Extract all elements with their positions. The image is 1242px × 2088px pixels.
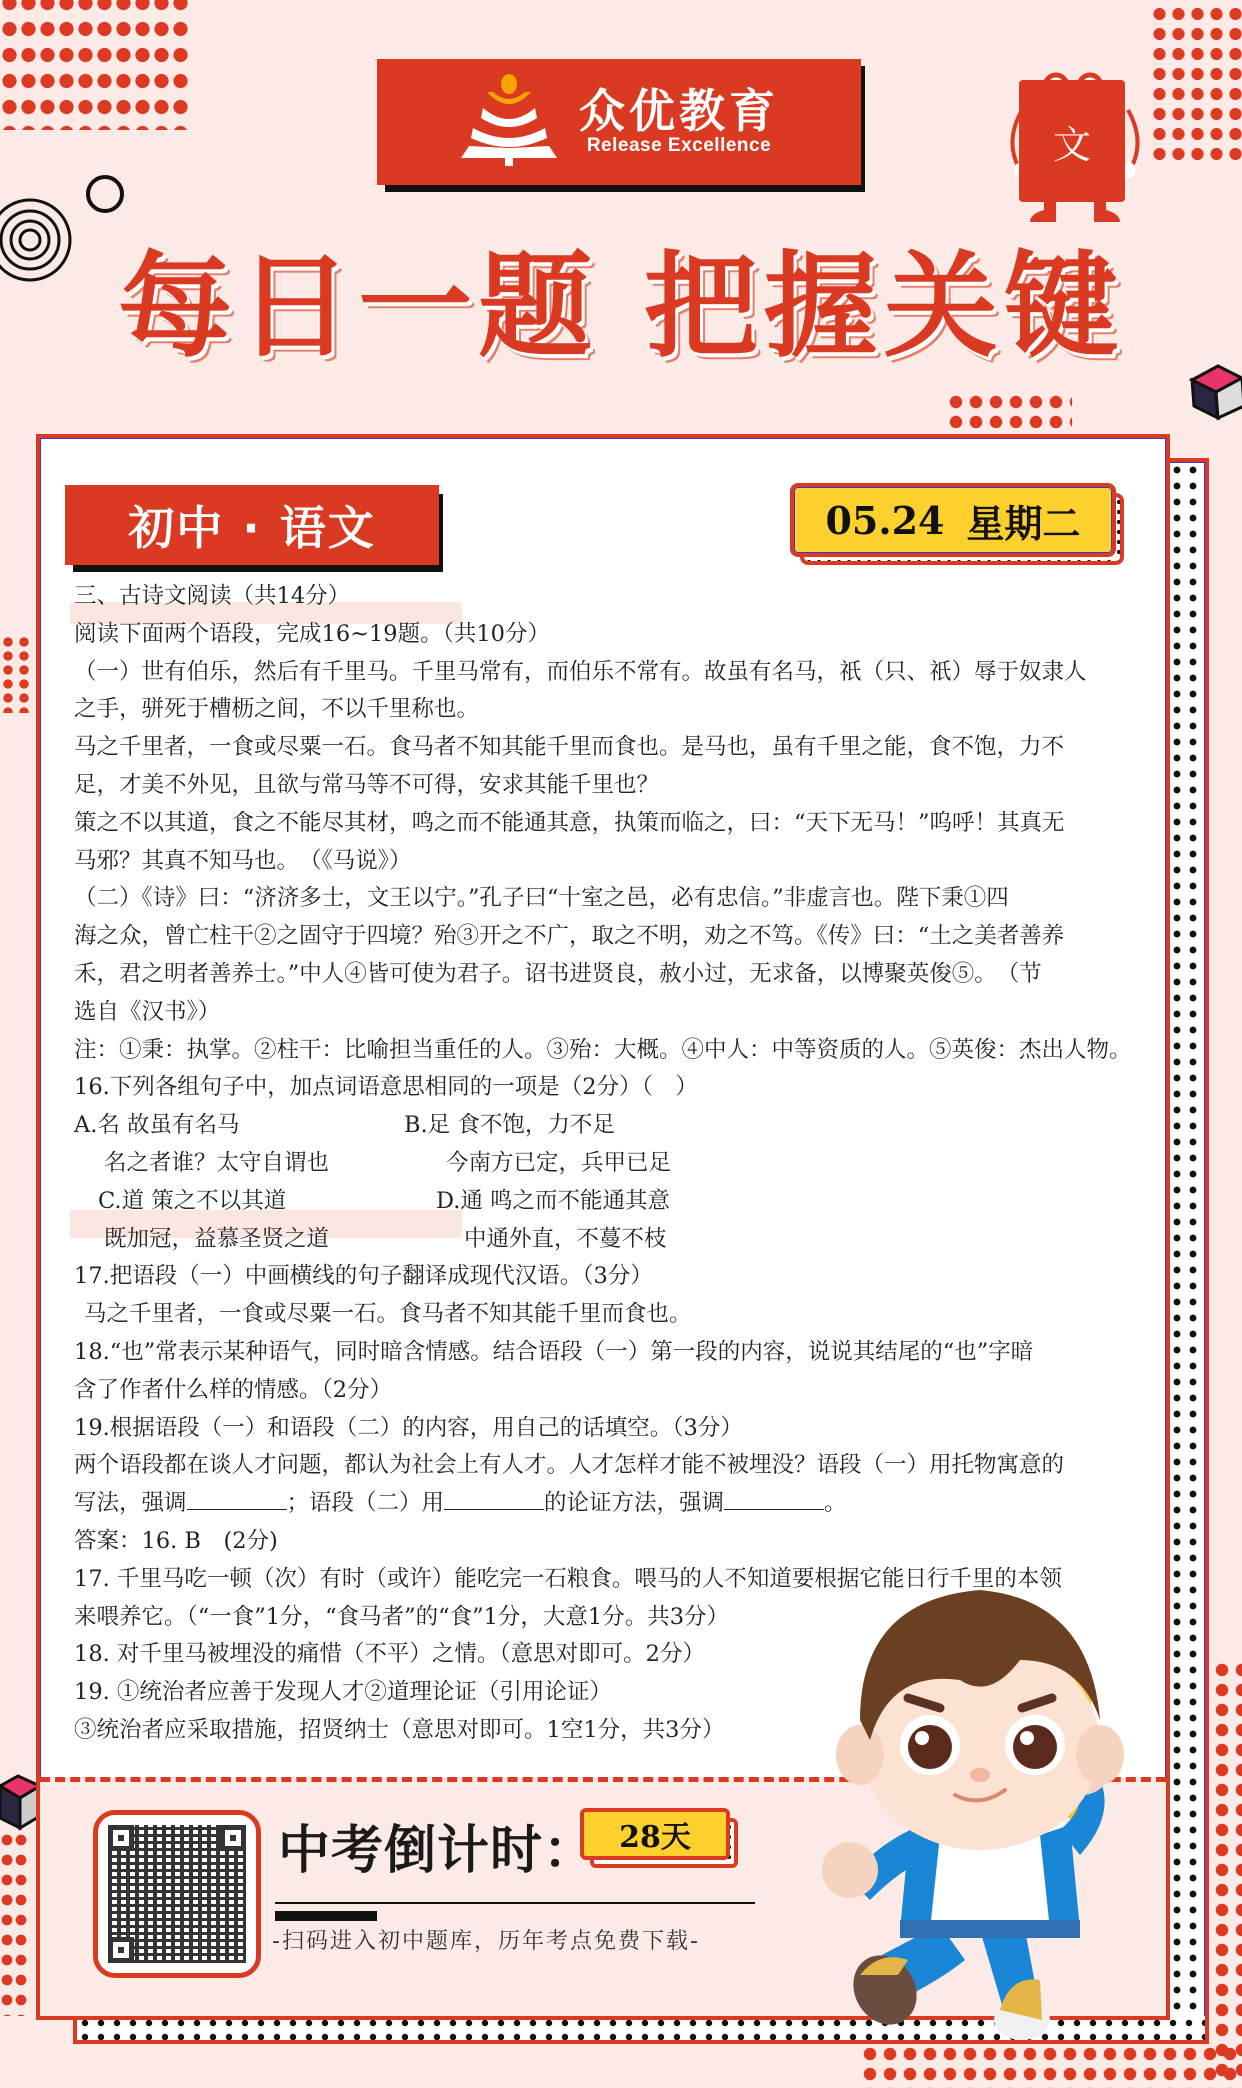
small-circle-icon: [83, 172, 127, 216]
q16-options-row3: C.道 策之不以其道D.通 鸣之而不能通其意: [74, 1183, 1144, 1221]
q18-line2: 含了作者什么样的情感。（2分）: [74, 1372, 1144, 1410]
brand-name-en: Release Excellence: [587, 135, 771, 157]
q19-blank-1[interactable]: [187, 1488, 287, 1510]
passage2-line: 禾，君之明者善养士。”中人④皆可使为君子。诏书进贤良，赦小过，无求备，以博聚英俊…: [74, 956, 1144, 994]
dot-pattern-left-side: [0, 635, 32, 713]
qr-code[interactable]: [93, 1810, 261, 1978]
dot-pattern-right-bottom: [1212, 1660, 1242, 2080]
page-title: 每日一题 把握关键: [0, 250, 1242, 364]
q19-text-a: 写法，强调: [74, 1490, 187, 1516]
q19-text-d: 。: [824, 1490, 847, 1516]
q16-option-a-second: 名之者谁？太守自谓也: [74, 1145, 446, 1183]
q16-options-row2: 名之者谁？太守自谓也今南方已定，兵甲已足: [74, 1145, 1144, 1183]
q16-option-c: C.道 策之不以其道: [74, 1183, 436, 1221]
section-title: 三、古诗文阅读（共14分）: [74, 578, 1144, 616]
q16-option-d: D.通 鸣之而不能通其意: [436, 1188, 670, 1214]
date-day: 05.24: [825, 498, 944, 543]
boy-mascot-icon: [790, 1580, 1170, 2050]
q18-line1: 18.“也”常表示某种语气，同时暗含情感。结合语段（一）第一段的内容，说说其结尾…: [74, 1334, 1144, 1372]
qr-finder-icon: [108, 1937, 134, 1963]
qr-finder-icon: [108, 1825, 134, 1851]
passage2-line: 海之众，曾亡柱干②之固守于四境？殆③开之不广，取之不明，劝之不笃。《传》曰：“土…: [74, 918, 1144, 956]
instruction: 阅读下面两个语段，完成16~19题。（共10分）: [74, 616, 1144, 654]
q19-blank-3[interactable]: [724, 1488, 824, 1510]
q16-options-row4: 既加冠，益慕圣贤之道中通外直，不蔓不枝: [74, 1221, 1144, 1259]
question-content: 三、古诗文阅读（共14分） 阅读下面两个语段，完成16~19题。（共10分） （…: [74, 578, 1144, 1750]
passage2-line: （二）《诗》曰：“济济多士，文王以宁。”孔子曰“十室之邑，必有忠信。”非虚言也。…: [74, 880, 1144, 918]
passage1-line: （一）世有伯乐，然后有千里马。千里马常有，而伯乐不常有。故虽有名马，祇（只、祇）…: [74, 654, 1144, 692]
q16-option-b-second: 今南方已定，兵甲已足: [446, 1150, 671, 1176]
q19-text-b: ；语段（二）用: [287, 1490, 445, 1516]
cube-icon-top-right: [1188, 360, 1242, 422]
qr-finder-icon: [220, 1825, 246, 1851]
q17-stem: 17.把语段（一）中画横线的句子翻译成现代汉语。（3分）: [74, 1258, 1144, 1296]
mascot-wen: 文: [1019, 80, 1125, 202]
passage1-line: 策之不以其道，食之不能尽其材，鸣之而不能通其意，执策而临之，曰：“天下无马！”呜…: [74, 805, 1144, 843]
qr-code-pattern: [108, 1825, 246, 1963]
q16-option-a: A.名 故虽有名马: [74, 1107, 404, 1145]
brand-logo-icon: [459, 74, 559, 170]
dot-pattern-left-bottom: [0, 1830, 28, 2016]
dot-pattern-under-title: [946, 392, 1072, 428]
countdown-badge: 28天: [580, 1808, 730, 1860]
q17-sentence: 马之千里者，一食或尽粟一石。食马者不知其能千里而食也。: [74, 1296, 1144, 1334]
subject-banner: 初中 · 语文: [65, 485, 439, 565]
answer-line: 答案：16. B (2分): [74, 1523, 1144, 1561]
passage2-line: 选自《汉书》）: [74, 994, 1144, 1032]
q19-line2: 写法，强调；语段（二）用的论证方法，强调。: [74, 1485, 1144, 1523]
brand-name-cn: 众优教育: [579, 87, 779, 135]
mascot-wen-label: 文: [1053, 114, 1091, 169]
date-weekday: 星期二: [966, 493, 1080, 548]
q19-text-c: 的论证方法，强调: [544, 1490, 724, 1516]
brand-logo: 众优教育 Release Excellence: [377, 59, 861, 185]
passage1-line: 马之千里者，一食或尽粟一石。食马者不知其能千里而食也。是马也，虽有千里之能，食不…: [74, 729, 1144, 767]
dot-pattern-bottom: [860, 2044, 1242, 2088]
dot-pattern-top-left: [0, 0, 190, 130]
dot-pattern-top-right: [1150, 4, 1242, 164]
passage1-line: 之手，骈死于槽枥之间，不以千里称也。: [74, 691, 1144, 729]
q16-option-c-second: 既加冠，益慕圣贤之道: [74, 1221, 464, 1259]
q19-stem: 19.根据语段（一）和语段（二）的内容，用自己的话填空。（3分）: [74, 1410, 1144, 1448]
countdown-label: 中考倒计时：: [278, 1808, 596, 1883]
scan-caption: -扫码进入初中题库，历年考点免费下载-: [272, 1924, 700, 1955]
passage1-line: 马邪？其真不知马也。 （《马说》）: [74, 843, 1144, 881]
annotation-note: 注：①秉：执掌。②柱干：比喻担当重任的人。③殆：大概。④中人：中等资质的人。⑤英…: [74, 1032, 1144, 1070]
q16-options-row1: A.名 故虽有名马B.足 食不饱，力不足: [74, 1107, 1144, 1145]
q16-option-d-second: 中通外直，不蔓不枝: [464, 1226, 667, 1252]
q19-blank-2[interactable]: [444, 1488, 544, 1510]
passage1-line: 足，才美不外见，且欲与常马等不可得，安求其能千里也？: [74, 767, 1144, 805]
divider-line: [275, 1902, 755, 1904]
card-shadow-dotted-right: [1165, 458, 1209, 2044]
divider-bar: [275, 1911, 377, 1921]
q16-option-b: B.足 食不饱，力不足: [404, 1112, 615, 1138]
date-badge: 05.24 星期二: [790, 483, 1116, 557]
q16-stem: 16.下列各组句子中，加点词语意思相同的一项是（2分）（ ）: [74, 1069, 1144, 1107]
q19-line1: 两个语段都在谈人才问题，都认为社会上有人才。人才怎样才能不被埋没？语段（一）用托…: [74, 1447, 1144, 1485]
